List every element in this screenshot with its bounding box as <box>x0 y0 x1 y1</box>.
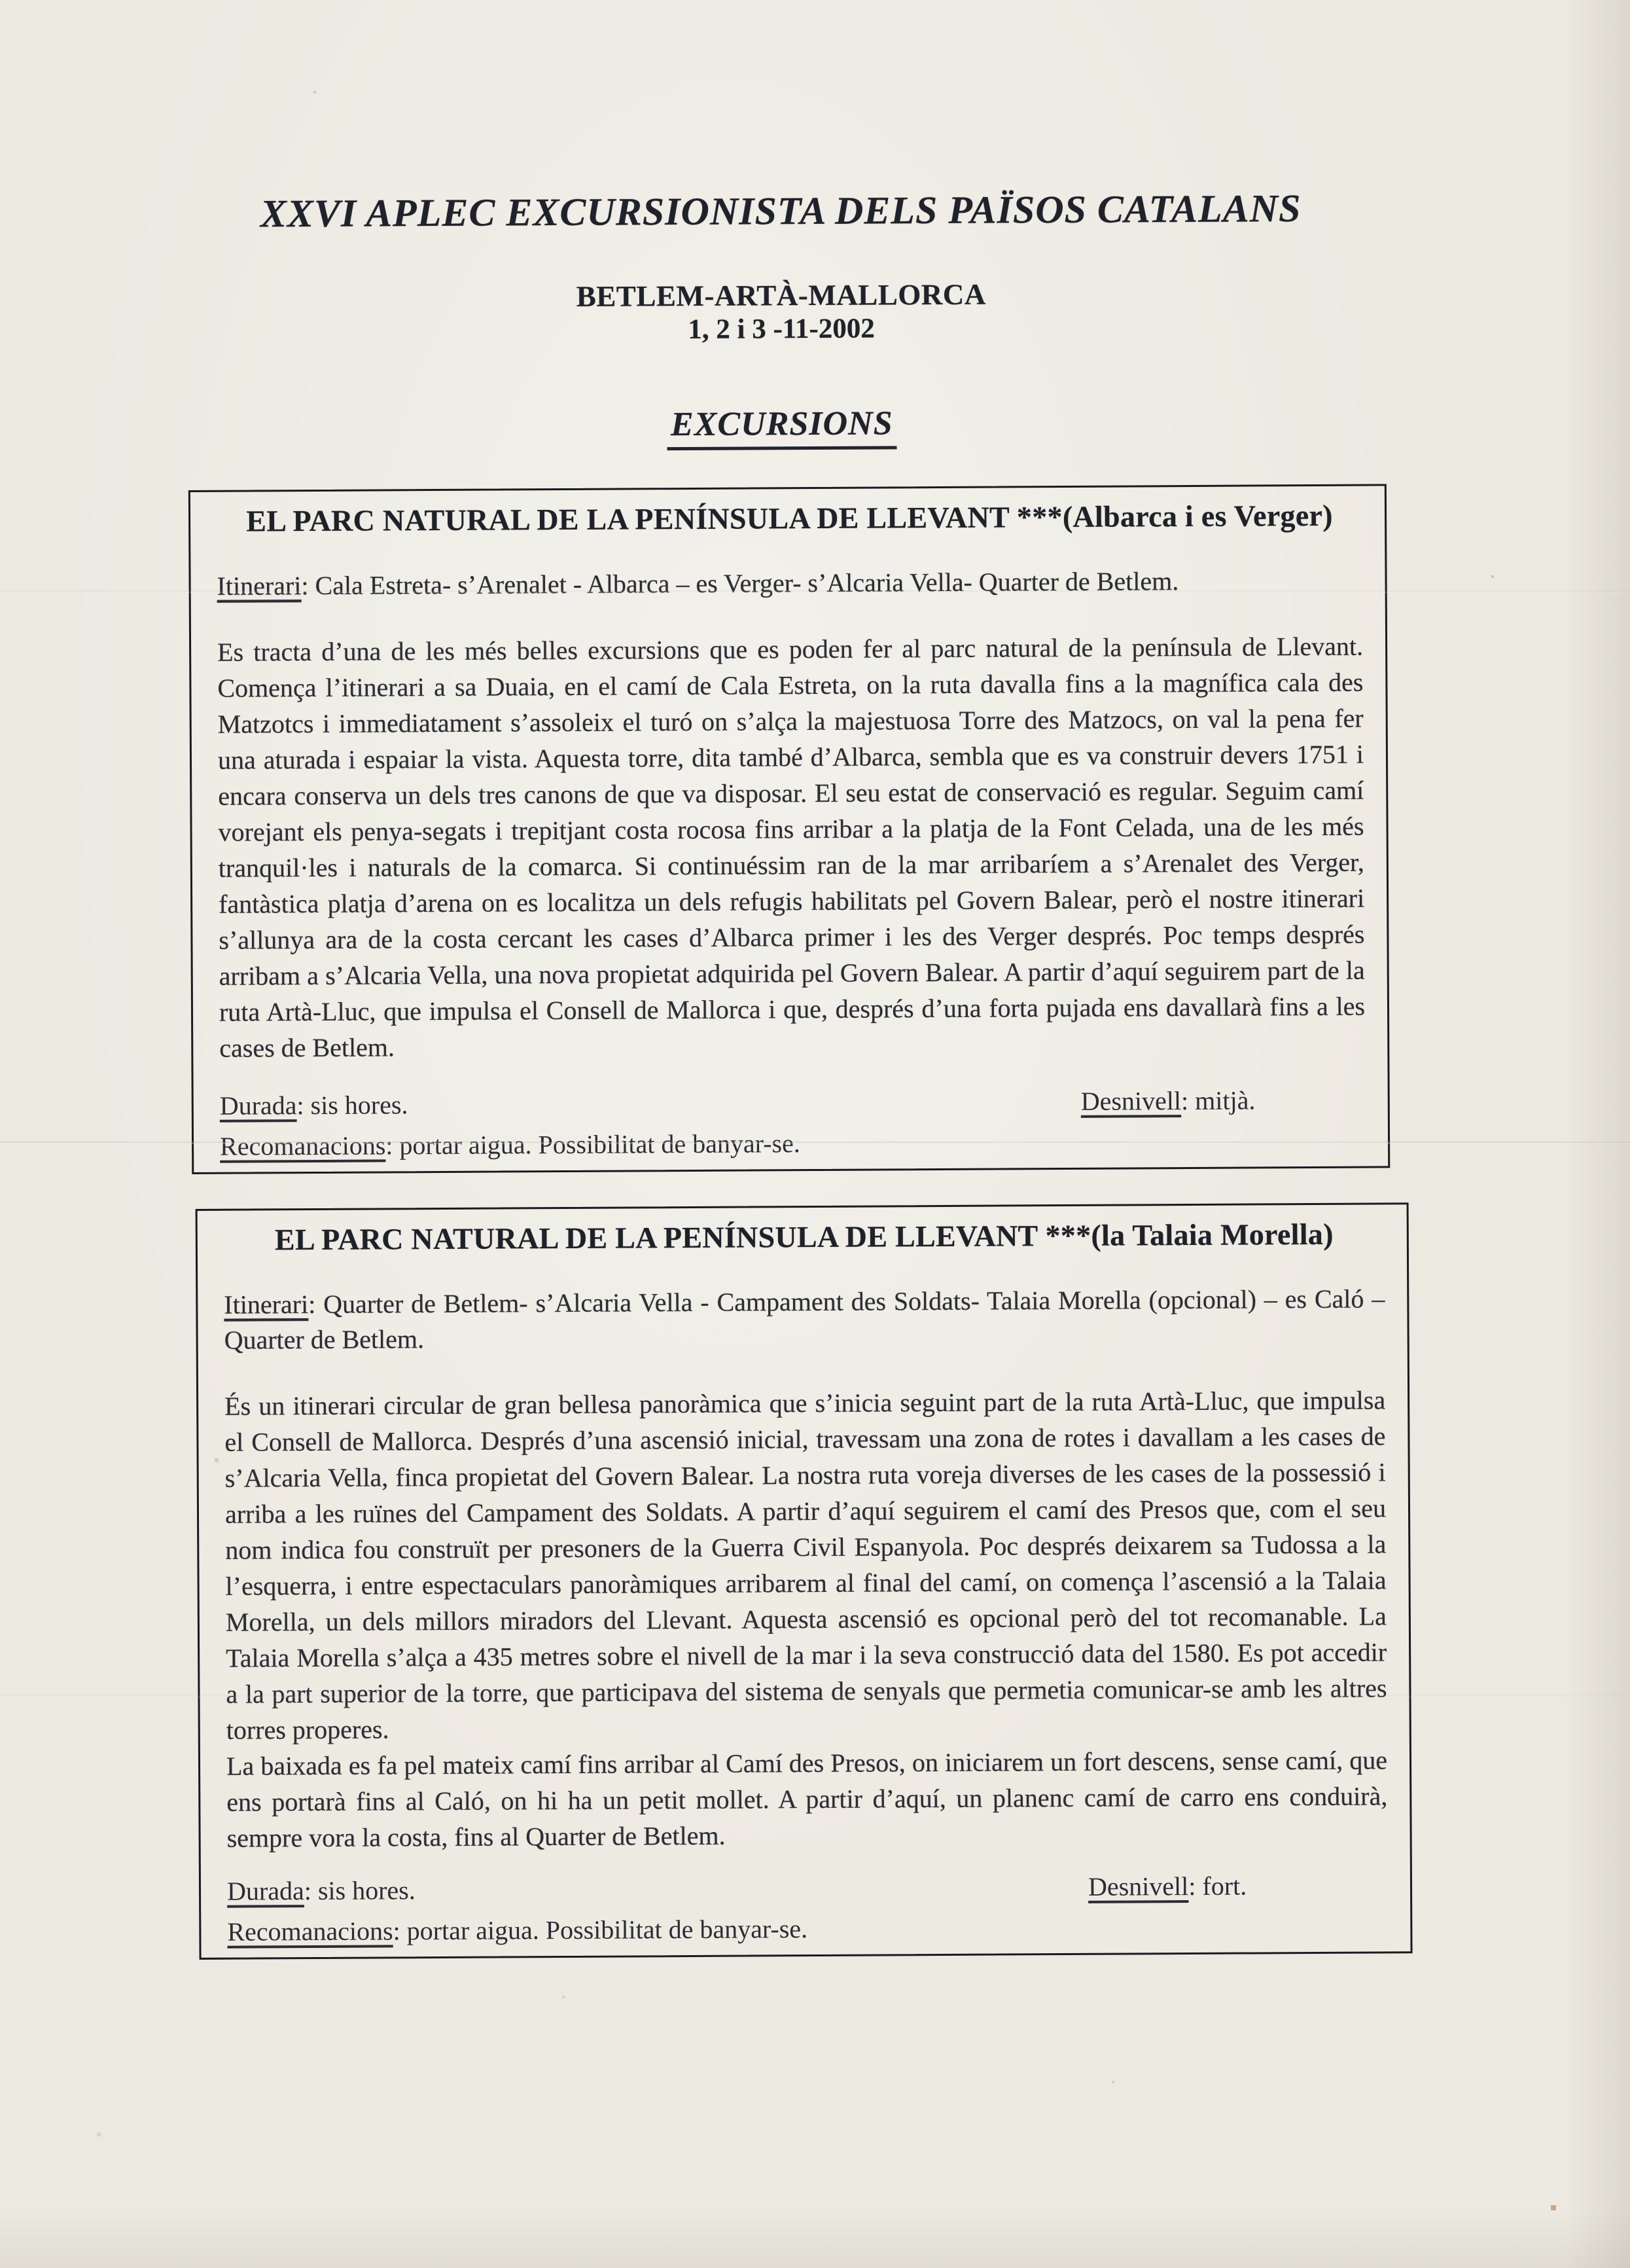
excursion-meta: Durada: sis hores.Desnivell: mitjà. Reco… <box>220 1083 1366 1164</box>
recommendations-label: Recomanacions <box>220 1130 385 1161</box>
section-heading: EXCURSIONS <box>667 405 897 450</box>
duration-value: : sis hores. <box>296 1090 408 1120</box>
recommendations-label: Recomanacions <box>227 1916 393 1946</box>
excursion-description: És un itinerari circular de gran bellesa… <box>224 1382 1387 1748</box>
elevation-label: Desnivell <box>1088 1871 1189 1901</box>
document-header: XXVI APLEC EXCURSIONISTA DELS PAÏSOS CAT… <box>0 0 1565 5</box>
recommendations-row: Recomanacions: portar aigua. Possibilita… <box>227 1908 1388 1949</box>
excursion-description-continued: La baixada es fa pel mateix camí fins ar… <box>226 1742 1388 1856</box>
duration-elevation-row: Durada: sis hores.Desnivell: mitjà. <box>220 1083 1366 1124</box>
excursion-heading: EL PARC NATURAL DE LA PENÍNSULA DE LLEVA… <box>224 1216 1385 1257</box>
duration-label: Durada <box>227 1876 304 1906</box>
duration-elevation-row: Durada: sis hores.Desnivell: fort. <box>227 1867 1388 1909</box>
elevation-value: : fort. <box>1188 1871 1247 1901</box>
recommendations-row: Recomanacions: portar aigua. Possibilita… <box>220 1123 1366 1164</box>
itinerary-label: Itinerari <box>217 571 301 601</box>
itinerary-text: : Quarter de Betlem- s’Alcaria Vella - C… <box>224 1284 1385 1354</box>
duration-value: : sis hores. <box>304 1875 416 1905</box>
page-content: XXVI APLEC EXCURSIONISTA DELS PAÏSOS CAT… <box>0 0 1630 2268</box>
excursion-card-talaia-morella: EL PARC NATURAL DE LA PENÍNSULA DE LLEVA… <box>196 1202 1413 1960</box>
itinerary-line: Itinerari: Quarter de Betlem- s’Alcaria … <box>224 1281 1385 1358</box>
elevation-value: : mitjà. <box>1181 1085 1256 1115</box>
recommendations-value: : portar aigua. Possibilitat de banyar-s… <box>385 1128 800 1160</box>
excursion-heading: EL PARC NATURAL DE LA PENÍNSULA DE LLEVA… <box>217 498 1362 539</box>
elevation-item: Desnivell: mitjà. <box>1081 1083 1256 1119</box>
elevation-label: Desnivell <box>1081 1086 1182 1116</box>
page-title: XXVI APLEC EXCURSIONISTA DELS PAÏSOS CAT… <box>0 185 1567 238</box>
scanned-document-page: XXVI APLEC EXCURSIONISTA DELS PAÏSOS CAT… <box>0 0 1630 2268</box>
recommendations-value: : portar aigua. Possibilitat de banyar-s… <box>393 1914 807 1945</box>
itinerary-line: Itinerari: Cala Estreta- s’Arenalet - Al… <box>217 563 1362 604</box>
excursion-meta: Durada: sis hores.Desnivell: fort. Recom… <box>227 1867 1389 1949</box>
excursion-card-albarca: EL PARC NATURAL DE LA PENÍNSULA DE LLEVA… <box>188 484 1390 1174</box>
section-heading-wrap: EXCURSIONS <box>0 401 1567 448</box>
excursion-description: Es tracta d’una de les més belles excurs… <box>217 628 1365 1066</box>
duration-label: Durada <box>220 1090 297 1121</box>
itinerary-text: : Cala Estreta- s’Arenalet - Albarca – e… <box>301 566 1178 600</box>
elevation-item: Desnivell: fort. <box>1088 1869 1247 1905</box>
paper-specks <box>0 0 1 1</box>
itinerary-label: Itinerari <box>224 1289 308 1320</box>
